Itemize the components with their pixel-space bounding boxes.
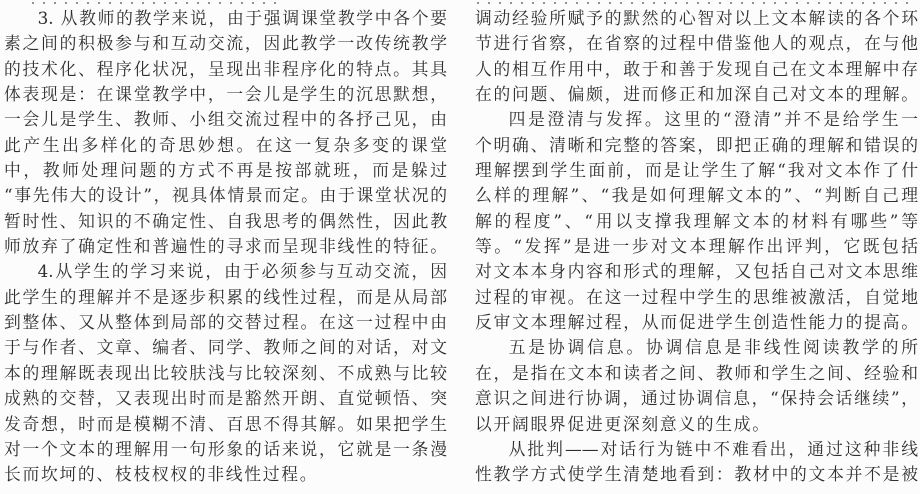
text-line: “事先伟大的设计”，视具体情景而定。由于课堂状况的 xyxy=(4,183,447,208)
text-line: 以开阔眼界促进更深刻意义的生成。 xyxy=(475,412,918,437)
text-line: 的技术化、程序化状况，呈现出非程序化的特点。其具 xyxy=(4,57,447,82)
text-line: 此产生出多样化的奇思妙想。在这一复杂多变的课堂 xyxy=(4,133,447,158)
text-line: 么样的理解”、“我是如何理解文本的”、“判断自己理 xyxy=(475,183,918,208)
text-line: 调动经验所赋予的默然的心智对以上文本解读的各个环 xyxy=(475,6,918,31)
text-line: 4.从学生的学习来说，由于必须参与互动交流，因 xyxy=(4,259,447,284)
text-line: 意识之间进行协调，通过协调信息，“保持会话继续”， xyxy=(475,386,918,411)
text-line: 过程的审视。在这一过程中学生的思维被激活，自觉地 xyxy=(475,285,918,310)
clipped-line-top xyxy=(475,1,918,6)
text-line: 对文本本身内容和形式的理解，又包括自己对文本思维 xyxy=(475,259,918,284)
text-line: 体表现是：在课堂教学中，一会儿是学生的沉思默想， xyxy=(4,82,447,107)
text-line: 五是协调信息。协调信息是非线性阅读教学的所 xyxy=(475,335,918,360)
text-line: 在的问题、偏颇，进而修正和加深自己对文本的理解。 xyxy=(475,82,918,107)
text-line: 个明确、清晰和完整的答案，即把正确的理解和错误的 xyxy=(475,133,918,158)
text-column-left: 3. 从教师的教学来说，由于强调课堂教学中各个要素之间的积极参与和互动交流，因此… xyxy=(4,1,447,494)
text-line: 理解摆到学生面前，而是让学生了解“我对文本作了什 xyxy=(475,158,918,183)
text-line: 发奇想，时而是模糊不清、百思不得其解。如果把学生 xyxy=(4,412,447,437)
text-line: 一会儿是学生、教师、小组交流过程中的各抒己见，由 xyxy=(4,107,447,132)
document-page: 3. 从教师的教学来说，由于强调课堂教学中各个要素之间的积极参与和互动交流，因此… xyxy=(0,0,920,494)
text-line: 对一个文本的理解用一句形象的话来说，它就是一条漫 xyxy=(4,437,447,462)
text-line: 中，教师处理问题的方式不再是按部就班，而是躲过 xyxy=(4,158,447,183)
text-line: 3. 从教师的教学来说，由于强调课堂教学中各个要 xyxy=(4,6,447,31)
text-line: 四是澄清与发挥。这里的“澄清”并不是给学生一 xyxy=(475,107,918,132)
clipped-line-top xyxy=(4,1,447,6)
text-line: 人的相互作用中，敢于和善于发现自己在文本理解中存 xyxy=(475,57,918,82)
text-column-right: 调动经验所赋予的默然的心智对以上文本解读的各个环节进行省察，在省察的过程中借鉴他… xyxy=(475,1,918,494)
text-line: 师放弃了确定性和普遍性的寻求而呈现非线性的特征。 xyxy=(4,234,447,259)
text-line: 本的理解既表现出比较肤浅与比较深刻、不成熟与比较 xyxy=(4,361,447,386)
text-line: 此学生的理解并不是逐步积累的线性过程，而是从局部 xyxy=(4,285,447,310)
text-line: 在，是指在文本和读者之间、教师和学生之间、经验和 xyxy=(475,361,918,386)
text-line: 到整体、又从整体到局部的交替过程。在这一过程中由 xyxy=(4,310,447,335)
text-line: 暂时性、知识的不确定性、自我思考的偶然性，因此教 xyxy=(4,209,447,234)
text-line: 节进行省察，在省察的过程中借鉴他人的观点，在与他 xyxy=(475,31,918,56)
text-line: 反审文本理解过程，从而促进学生创造性能力的提高。 xyxy=(475,310,918,335)
text-line: 解的程度”、“用以支撑我理解文本的材料有哪些”等 xyxy=(475,209,918,234)
text-line: 从批判——对话行为链中不难看出，通过这种非线 xyxy=(475,437,918,462)
text-line: 于与作者、文章、编者、同学、教师之间的对话，对文 xyxy=(4,335,447,360)
text-line: 素之间的积极参与和互动交流，因此教学一改传统教学 xyxy=(4,31,447,56)
text-line: 成熟的交替，又表现出时而是豁然开朗、直觉顿悟、突 xyxy=(4,386,447,411)
text-line: 等。“发挥”是进一步对文本理解作出评判，它既包括 xyxy=(475,234,918,259)
text-line: 性教学方式使学生清楚地看到：教材中的文本并不是被 xyxy=(475,462,918,487)
text-line: 长而坎坷的、枝枝杈杈的非线性过程。 xyxy=(4,462,447,487)
